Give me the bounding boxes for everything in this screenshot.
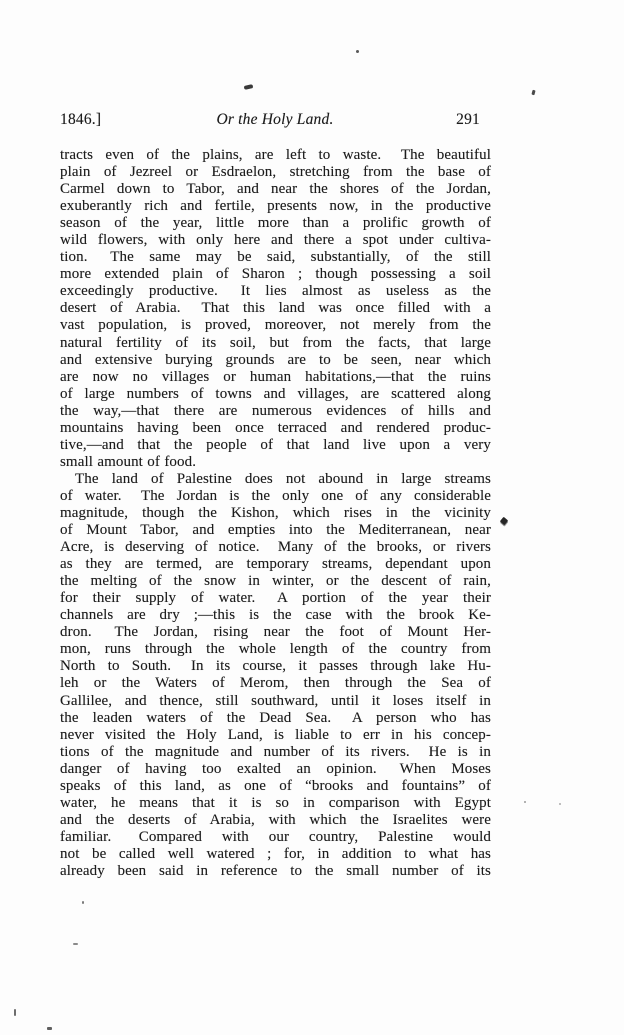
text-line: exuberantly rich and fertile, presents n… bbox=[60, 198, 491, 215]
ink-speck bbox=[356, 50, 359, 53]
text-line: for their supply of water. A portion of … bbox=[60, 590, 491, 607]
header-year-label: 1846.] bbox=[60, 111, 216, 129]
text-line: not be called well watered ; for, in add… bbox=[60, 846, 491, 863]
ink-speck bbox=[559, 803, 561, 805]
text-line: of water. The Jordan is the only one of … bbox=[60, 488, 491, 505]
text-line: desert of Arabia. That this land was onc… bbox=[60, 300, 491, 317]
text-line: tions of the magnitude and number of its… bbox=[60, 744, 491, 761]
text-line: are now no villages or human habitations… bbox=[60, 369, 491, 386]
text-line: mon, runs through the whole length of th… bbox=[60, 641, 491, 658]
margin-ink-blot bbox=[500, 517, 508, 525]
text-line: the leaden waters of the Dead Sea. A per… bbox=[60, 710, 491, 727]
text-line: of large numbers of towns and villages, … bbox=[60, 386, 491, 403]
text-line: tion. The same may be said, substantiall… bbox=[60, 249, 491, 266]
header-page-number: 291 bbox=[334, 111, 490, 129]
text-line: season of the year, little more than a p… bbox=[60, 215, 491, 232]
text-line: water, he means that it is so in compari… bbox=[60, 795, 491, 812]
text-line: dron. The Jordan, rising near the foot o… bbox=[60, 624, 491, 641]
text-line: never visited the Holy Land, is liable t… bbox=[60, 727, 491, 744]
running-header: 1846.] Or the Holy Land. 291 bbox=[60, 111, 490, 129]
text-line: familiar. Compared with our country, Pal… bbox=[60, 829, 491, 846]
text-line: magnitude, though the Kishon, which rise… bbox=[60, 505, 491, 522]
text-line: the way,—that there are numerous evidenc… bbox=[60, 403, 491, 420]
text-line: Acre, is deserving of notice. Many of th… bbox=[60, 539, 491, 556]
text-line: as they are termed, are temporary stream… bbox=[60, 556, 491, 573]
header-title: Or the Holy Land. bbox=[216, 111, 333, 129]
ink-speck bbox=[524, 801, 526, 803]
text-line: Carmel down to Tabor, and near the shore… bbox=[60, 181, 491, 198]
text-line: more extended plain of Sharon ; though p… bbox=[60, 266, 491, 283]
text-line: danger of having too exalted an opinion.… bbox=[60, 761, 491, 778]
text-line: and extensive burying grounds are to be … bbox=[60, 352, 491, 369]
text-line: of Mount Tabor, and empties into the Med… bbox=[60, 522, 491, 539]
text-line: the melting of the snow in winter, or th… bbox=[60, 573, 491, 590]
text-line: channels are dry ;—this is the case with… bbox=[60, 607, 491, 624]
text-line: and the deserts of Arabia, with which th… bbox=[60, 812, 491, 829]
ink-speck bbox=[14, 1009, 16, 1016]
text-line: vast population, is proved, moreover, no… bbox=[60, 317, 491, 334]
text-line: speaks of this land, as one of “brooks a… bbox=[60, 778, 491, 795]
text-line: tive,—and that the people of that land l… bbox=[60, 437, 491, 454]
ink-speck bbox=[47, 1027, 52, 1030]
ink-speck bbox=[531, 90, 535, 96]
text-line: North to South. In its course, it passes… bbox=[60, 658, 491, 675]
ink-speck bbox=[73, 943, 78, 945]
text-line: mountains having been once terraced and … bbox=[60, 420, 491, 437]
text-line: Gallilee, and thence, still southward, u… bbox=[60, 693, 491, 710]
text-line: leh or the Waters of Merom, then through… bbox=[60, 675, 491, 692]
ink-speck bbox=[82, 901, 84, 904]
text-line: The land of Palestine does not abound in… bbox=[60, 471, 491, 488]
text-line: natural fertility of its soil, but from … bbox=[60, 335, 491, 352]
text-line: wild flowers, with only here and there a… bbox=[60, 232, 491, 249]
text-line: exceedingly productive. It lies almost a… bbox=[60, 283, 491, 300]
text-line: tracts even of the plains, are left to w… bbox=[60, 147, 491, 164]
text-line: small amount of food. bbox=[60, 454, 491, 471]
text-block: tracts even of the plains, are left to w… bbox=[60, 147, 491, 880]
book-page-scan: 1846.] Or the Holy Land. 291 tracts even… bbox=[0, 0, 624, 1035]
text-line: already been said in reference to the sm… bbox=[60, 863, 491, 880]
text-line: plain of Jezreel or Esdraelon, stretchin… bbox=[60, 164, 491, 181]
ink-scribble bbox=[244, 84, 254, 90]
